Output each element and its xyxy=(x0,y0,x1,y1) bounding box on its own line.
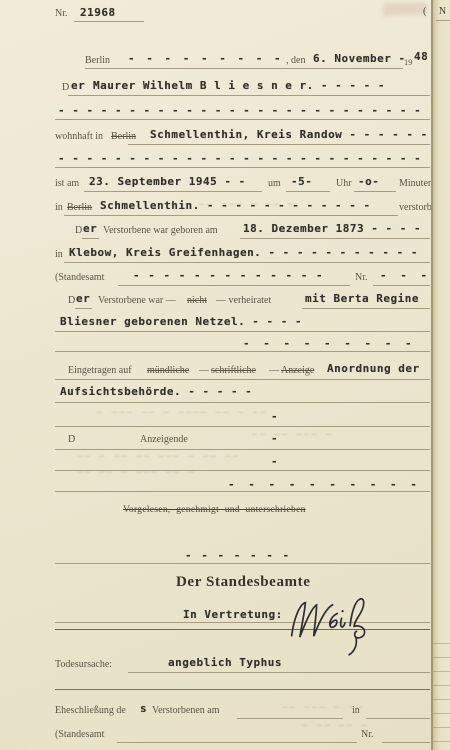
standesamt-nr-rule xyxy=(373,285,430,286)
empty-rule-1 xyxy=(55,426,430,427)
registration-value-2: Aufsichtsbehörde. - - - - - xyxy=(60,385,252,398)
date-dashes: - - - - - - - - - xyxy=(128,52,281,65)
corner-rule xyxy=(436,20,450,21)
date-den-label: , den xyxy=(286,55,305,66)
marriage-place-rule xyxy=(366,718,430,719)
dash-row-2: - - - - - - - - - - - - - - - - - - - - … xyxy=(58,152,430,165)
dash-row-1-rule xyxy=(55,119,430,120)
dash-row-right-1-rule xyxy=(55,351,430,352)
standesamt-rule xyxy=(118,285,350,286)
marriage-label-2: Verstorbenen am xyxy=(152,705,219,716)
stamp-remnant xyxy=(383,2,427,16)
um-label: um xyxy=(268,178,281,189)
marital-d-typed: er xyxy=(76,292,90,305)
date-city-label: Berlin xyxy=(85,55,110,66)
death-date-value: 23. September 1945 - - xyxy=(89,175,246,188)
center-dash-3: - xyxy=(271,455,278,468)
signature-dashes-rule xyxy=(55,563,430,564)
death-minute-value: -o- xyxy=(358,175,379,188)
standesamt-label: (Standesamt xyxy=(55,272,104,283)
vorgelesen-phrase: Vorgelesen, genehmigt und unterschrieben xyxy=(123,505,306,515)
hour-rule xyxy=(286,191,330,192)
residence-value: Schmellenthin, Kreis Randow - - - - - - xyxy=(150,128,431,141)
separator-rule xyxy=(55,689,430,690)
minuten-label: Minuten xyxy=(399,178,431,189)
bleedthrough-line: –– – –– –––– – –– ––– – xyxy=(95,408,266,418)
standesamt-2-label: (Standesamt xyxy=(55,729,104,740)
standesamt-nr-label: Nr. xyxy=(355,272,368,283)
death-hour-value: -5- xyxy=(291,175,312,188)
standesamt-2-rule xyxy=(117,742,357,743)
death-place-label: in xyxy=(55,202,63,213)
date-rule xyxy=(85,68,403,69)
residence-rule xyxy=(128,144,430,145)
bleedthrough-line: –– – ––– –– xyxy=(280,703,362,713)
scanned-death-record: Nr. 21968 Berlin - - - - - - - - - , den… xyxy=(0,0,450,750)
death-date-rule xyxy=(84,191,262,192)
marriage-typed-s: s xyxy=(140,702,147,715)
bleedthrough-line: –– –– – ––– –– –– – –– xyxy=(75,452,238,462)
cause-rule xyxy=(128,672,430,673)
birth-place-rule xyxy=(64,262,430,263)
registration-struck-schriftliche: schriftliche xyxy=(211,365,256,376)
center-dash-1: - xyxy=(271,410,278,423)
birth-label: Verstorbene war geboren am xyxy=(103,225,218,236)
name-d-label: D xyxy=(62,82,69,93)
deputy-label: In Vertretung: xyxy=(183,608,283,621)
signature-dashes: - - - - - - - xyxy=(185,549,290,562)
spouse-rule xyxy=(55,331,430,332)
standesamt-nr-dashes: - - - xyxy=(380,269,428,282)
standesamt-2-nr-rule xyxy=(382,742,430,743)
anzeigende-label: Anzeigende xyxy=(140,434,188,445)
year-value: 48 xyxy=(414,50,428,63)
death-date-label: ist am xyxy=(55,178,79,189)
residence-struck-city: Berlin xyxy=(111,131,136,142)
marital-rule xyxy=(302,308,430,309)
marital-label-1: Verstorbene war — xyxy=(98,295,176,306)
birth-place-value: Klebow, Kreis Greifenhagen. - - - - - - … xyxy=(69,246,431,259)
cause-value: angeblich Typhus xyxy=(168,656,428,669)
registration-sep-2: — xyxy=(269,365,279,376)
page-edge-strip: ( N xyxy=(431,0,450,750)
registration-sep-1: — xyxy=(199,365,209,376)
uhr-label: Uhr xyxy=(336,178,352,189)
marital-label-2: — verheiratet xyxy=(216,295,271,306)
registration-rule xyxy=(55,379,430,380)
marriage-label-1: Eheschließung de xyxy=(55,705,126,716)
birth-d-rule xyxy=(82,238,99,239)
name-d-typed: er xyxy=(71,79,85,92)
corner-cutoff-text: ( N xyxy=(423,6,450,17)
year-prefix: 19 xyxy=(404,57,413,67)
marital-struck-nicht: nicht xyxy=(187,295,207,306)
anzeigende-d-label: D xyxy=(68,434,75,445)
date-value: 6. November - xyxy=(313,52,406,65)
bleedthrough-line: – –– – ––– –– – –– xyxy=(160,200,294,210)
standesamt-dashes: - - - - - - - - - - - - - xyxy=(133,269,323,282)
death-place-struck-city: Berlin xyxy=(67,202,92,213)
dash-row-right-1: - - - - - - - - - xyxy=(243,337,412,350)
record-number-label: Nr. xyxy=(55,8,68,19)
minute-rule xyxy=(354,191,396,192)
death-place-rule xyxy=(64,215,398,216)
bleedthrough-line: – –– –– – xyxy=(300,721,367,731)
bleedthrough-line: – –– ––– – –– –– xyxy=(75,468,194,478)
next-page-ruled-lines xyxy=(433,630,450,750)
document-sheet: Nr. 21968 Berlin - - - - - - - - - , den… xyxy=(0,0,431,750)
marital-d-rule xyxy=(75,308,92,309)
dash-row-right-2-rule xyxy=(55,491,430,492)
marital-d-label: D xyxy=(68,295,75,306)
dash-row-2-rule xyxy=(55,167,430,168)
registration-struck-muendliche: mündliche xyxy=(147,365,189,376)
registration-value: Anordnung der xyxy=(327,362,431,375)
birth-d-typed: er xyxy=(83,222,97,235)
birth-d-label: D xyxy=(75,225,82,236)
residence-label: wohnhaft in xyxy=(55,131,103,142)
deceased-name-value: Maurer Wilhelm B l i e s n e r. - - - - … xyxy=(93,79,431,92)
anzeigende-rule xyxy=(55,449,430,450)
bleedthrough-line: – ––– –– –– xyxy=(250,430,332,440)
birth-place-label: in xyxy=(55,249,63,260)
cause-label: Todesursache: xyxy=(55,659,112,670)
registration-struck-anzeige: Anzeige xyxy=(281,365,314,376)
spouse-value-2: Bliesner geborenen Netzel. - - - - xyxy=(60,315,360,328)
birth-date-value: 18. Dezember 1873 - - - - xyxy=(243,222,431,235)
registration-label: Eingetragen auf xyxy=(68,365,132,376)
registration-rule-2 xyxy=(55,402,430,403)
marriage-date-rule xyxy=(237,718,343,719)
name-rule xyxy=(68,95,430,96)
verstorben-label: verstorben xyxy=(399,202,431,213)
dash-row-1: - - - - - - - - - - - - - - - - - - - - … xyxy=(58,104,430,117)
dash-row-right-2: - - - - - - - - - - xyxy=(228,478,417,491)
signature-handwriting: Weiß xyxy=(286,588,404,660)
record-number-value: 21968 xyxy=(80,6,116,19)
spouse-value-1: mit Berta Regine xyxy=(305,292,419,305)
record-number-rule xyxy=(74,21,144,22)
birth-date-rule xyxy=(240,238,430,239)
